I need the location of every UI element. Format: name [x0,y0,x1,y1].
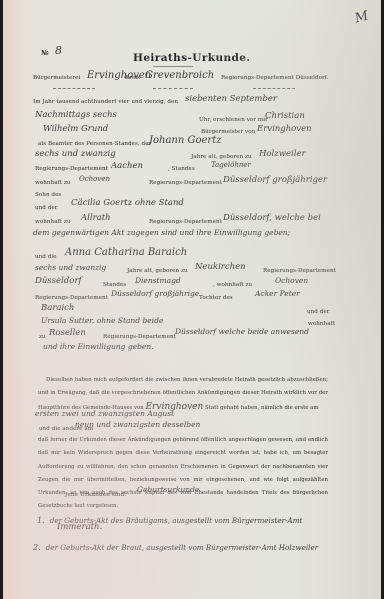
text-line: Standes [103,282,126,288]
text-line: Im Jahr tausend achthundert vier und vie… [33,99,178,105]
handwritten-bride-residence: Ochoven [275,276,308,285]
corner-mark: M [353,9,370,27]
number-label: № [41,48,49,57]
document-title: Heiraths-Urkunde. [133,52,250,64]
text-line: Jahre alt, geboren zu [127,268,188,274]
text-line: Jahre alt, geboren zu [191,154,252,160]
handwritten-groom-residence: Ochoven [79,175,110,183]
document-page: M № 8 Heiraths-Urkunde. Bürgermeisterei … [3,0,381,599]
text-line: Regierungs-Departement [149,180,222,186]
paragraph-text: daß ferner die Urkunden dieser Ankündigu… [38,437,328,509]
text-line: Uhr, erschienen vor mir [199,117,268,123]
handwritten-official-first-name: Christian [265,111,305,121]
handwritten-bride-father-surname: Baraich [41,303,74,313]
text-line: Regierungs-Departement [35,295,108,301]
buergermeisterei-label: Bürgermeisterei [33,75,80,81]
handwritten-place: Ervinghoven [257,124,312,134]
handwritten-region: Düsseldorf großjährige [111,289,199,298]
dash-line [153,88,193,89]
kreis-value: Grevenbroich [145,70,214,81]
handwritten-groom-name: Johann Goertz [149,135,222,146]
text-line: , wohnhaft zu [213,282,252,288]
dash-line [53,88,95,89]
text-line: Sohn des [35,192,61,198]
handwritten-region: Düsseldorf großjähriger [223,175,327,185]
buergermeisterei-value: Ervinghoven [87,70,151,81]
department-label: Regierungs-Departement Düsseldorf. [221,75,329,81]
text-line: wohnhaft [308,321,335,327]
handwritten-groom-mother: Cäcilia Goertz ohne Stand [71,198,184,208]
document-item: 2. der Geburts-Akt der Braut, ausgestell… [33,535,318,554]
dash-line [253,88,295,89]
declaration-paragraph-2: daß ferner die Urkunden dieser Ankündigu… [38,434,328,514]
handwritten-documents-header: Geburtsurkunde [137,485,199,494]
handwritten-bride-name: Anna Catharina Baraich [65,247,187,258]
text-line: Regierungs-Departement [149,219,222,225]
handwritten-official-name: Wilhelm Grund [43,124,108,134]
document-number: 8 [55,44,62,57]
text-line: Tochter des [199,295,233,301]
text-line: und die [35,254,57,260]
text-line: Regierungs-Departement [103,334,176,340]
text-line: als Beamter des Personen-Standes, der [38,141,151,147]
text-line: und der [307,309,329,315]
handwritten-region: Düsseldorf, welche bei [223,213,321,223]
handwritten-residence: Allrath [81,213,111,223]
handwritten-time: Nachmittags sechs [35,110,117,120]
handwritten-bride-father: Acker Peter [255,289,300,298]
handwritten-bride-mother: Ursula Sutter, ohne Stand beide [41,316,163,325]
documents-label: Jene Urkunden sind: [65,492,126,498]
handwritten-bride-occupation: Dienstmagd [135,276,181,285]
item-text-continued: Immerath. [57,522,102,532]
handwritten-region: Aachen [111,161,143,171]
text-line: Regierungs-Departement [263,268,336,274]
handwritten-groom-age: sechs und zwanzig [35,149,116,159]
item-number: 1. [37,516,45,525]
handwritten-date: siebenten September [185,94,277,104]
handwritten-region: Düsseldorf [35,276,82,286]
handwritten-bride-birthplace: Neukirchen [195,262,246,272]
text-line: und der [35,205,57,211]
text-line: wohnhaft zu [35,219,71,225]
handwritten-second-announcement: neun und zwanzigsten desselben [75,420,200,429]
paragraph-text: Statt gehabt haben, nämlich die erste am [205,405,318,411]
text-line: Regierungs-Departement [35,166,108,172]
handwritten-first-announcement: ersten zwei und zwanzigsten August [35,409,174,418]
handwritten-groom-birthplace: Holzweiler [259,149,306,159]
title-underline [153,66,193,67]
text-line: zu [39,334,46,340]
handwritten-consent: und ihre Einwilligung geben. [43,342,154,351]
handwritten-bride-age: sechs und zwanzig [35,263,106,272]
item-text: der Geburts-Akt der Braut, ausgestellt v… [46,543,318,552]
handwritten-region: Düsseldorf welche beide anwesend [175,327,309,336]
handwritten-groom-occupation: Tagelöhner [211,161,251,169]
handwritten-consent: dem gegenwärtigen Akt zugegen sind und i… [33,228,290,237]
text-line: wohnhaft zu [35,180,71,186]
handwritten-residence: Rosellen [49,328,86,338]
item-number: 2. [33,543,41,552]
kreis-label: Kreis [125,75,140,81]
text-line: , Standes [168,166,195,172]
